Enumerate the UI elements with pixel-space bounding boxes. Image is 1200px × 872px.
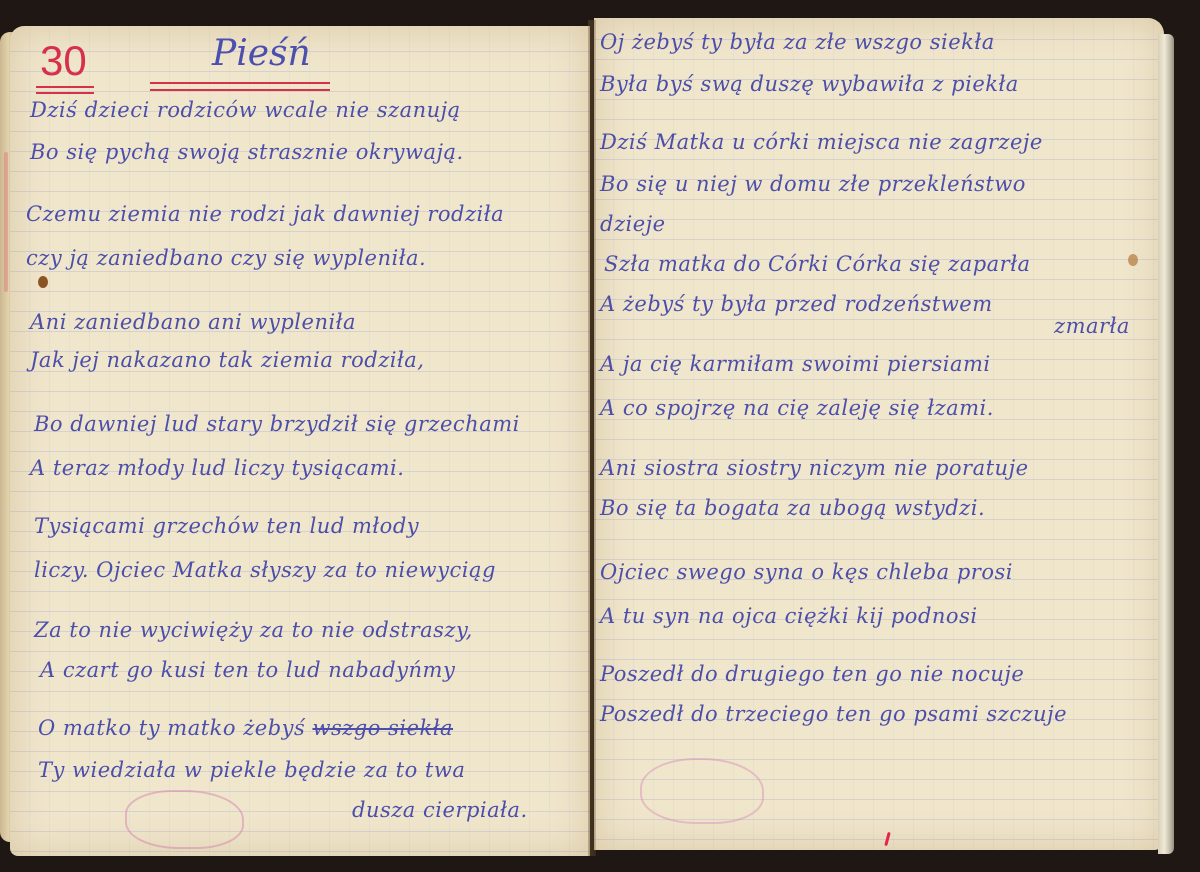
right-line-15: Poszedł do drugiego ten go nie nocuje: [600, 662, 1024, 686]
right-line-10: A co spojrzę na cię zaleję się łzami.: [600, 396, 994, 420]
right-line-5: dzieje: [600, 212, 666, 236]
title-underline: [150, 82, 330, 91]
right-line-8: zmarła: [1054, 314, 1130, 338]
left-line-13: O matko ty matko żebyś wszgo siekła: [38, 716, 453, 740]
right-line-7: A żebyś ty była przed rodzeństwem: [600, 292, 993, 316]
struck-through-text: wszgo siekła: [312, 716, 453, 740]
notebook-spine: [588, 20, 596, 856]
right-line-12: Bo się ta bogata za ubogą wstydzi.: [600, 496, 985, 520]
right-line-2: Była byś swą duszę wybawiła z piekła: [600, 72, 1019, 96]
left-line-2: Bo się pychą swoją strasznie okrywają.: [30, 140, 464, 164]
right-line-11: Ani siostra siostry niczym nie poratuje: [600, 456, 1029, 480]
left-line-3: Czemu ziemia nie rodzi jak dawniej rodzi…: [26, 202, 504, 226]
left-line-1: Dziś dzieci rodziców wcale nie szanują: [30, 98, 461, 122]
page-number-underline: [36, 86, 94, 94]
left-line-13-text: O matko ty matko żebyś: [38, 716, 305, 740]
right-line-9: A ja cię karmiłam swoimi piersiami: [600, 352, 991, 376]
page-number: 30: [40, 40, 87, 82]
left-line-9: Tysiącami grzechów ten lud młody: [34, 514, 419, 538]
left-line-7: Bo dawniej lud stary brzydził się grzech…: [34, 412, 520, 436]
left-line-10: liczy. Ojciec Matka słyszy za to niewyci…: [34, 558, 496, 582]
right-line-3: Dziś Matka u córki miejsca nie zagrzeje: [600, 130, 1043, 154]
right-line-4: Bo się u niej w domu złe przekleństwo: [600, 172, 1026, 196]
right-page-edge: [1158, 34, 1174, 854]
ink-stain: [1128, 254, 1138, 266]
left-line-8: A teraz młody lud liczy tysiącami.: [30, 456, 404, 480]
page-title: Pieśń: [212, 36, 311, 72]
left-line-15: dusza cierpiała.: [352, 798, 528, 822]
right-line-13: Ojciec swego syna o kęs chleba prosi: [600, 560, 1013, 584]
left-line-14: Ty wiedziała w piekle będzie za to twa: [38, 758, 465, 782]
right-line-14: A tu syn na ojca ciężki kij podnosi: [600, 604, 978, 628]
left-line-4: czy ją zaniedbano czy się wypleniła.: [26, 246, 426, 270]
faded-stamp: [640, 758, 764, 824]
left-line-12: A czart go kusi ten to lud nabadyńmy: [40, 658, 455, 682]
left-line-6: Jak jej nakazano tak ziemia rodziła,: [30, 348, 424, 372]
ink-stain: [38, 276, 48, 288]
right-line-6: Szła matka do Córki Córka się zaparła: [604, 252, 1031, 276]
left-line-11: Za to nie wyciwięży za to nie odstraszy,: [34, 618, 473, 642]
faded-stamp: [125, 790, 244, 849]
left-line-5: Ani zaniedbano ani wypleniła: [30, 310, 356, 334]
right-line-16: Poszedł do trzeciego ten go psami szczuj…: [600, 702, 1067, 726]
notebook-spread: 30 Pieśń Dziś dzieci rodziców wcale nie …: [0, 0, 1200, 872]
right-line-1: Oj żebyś ty była za złe wszgo siekła: [600, 30, 995, 54]
